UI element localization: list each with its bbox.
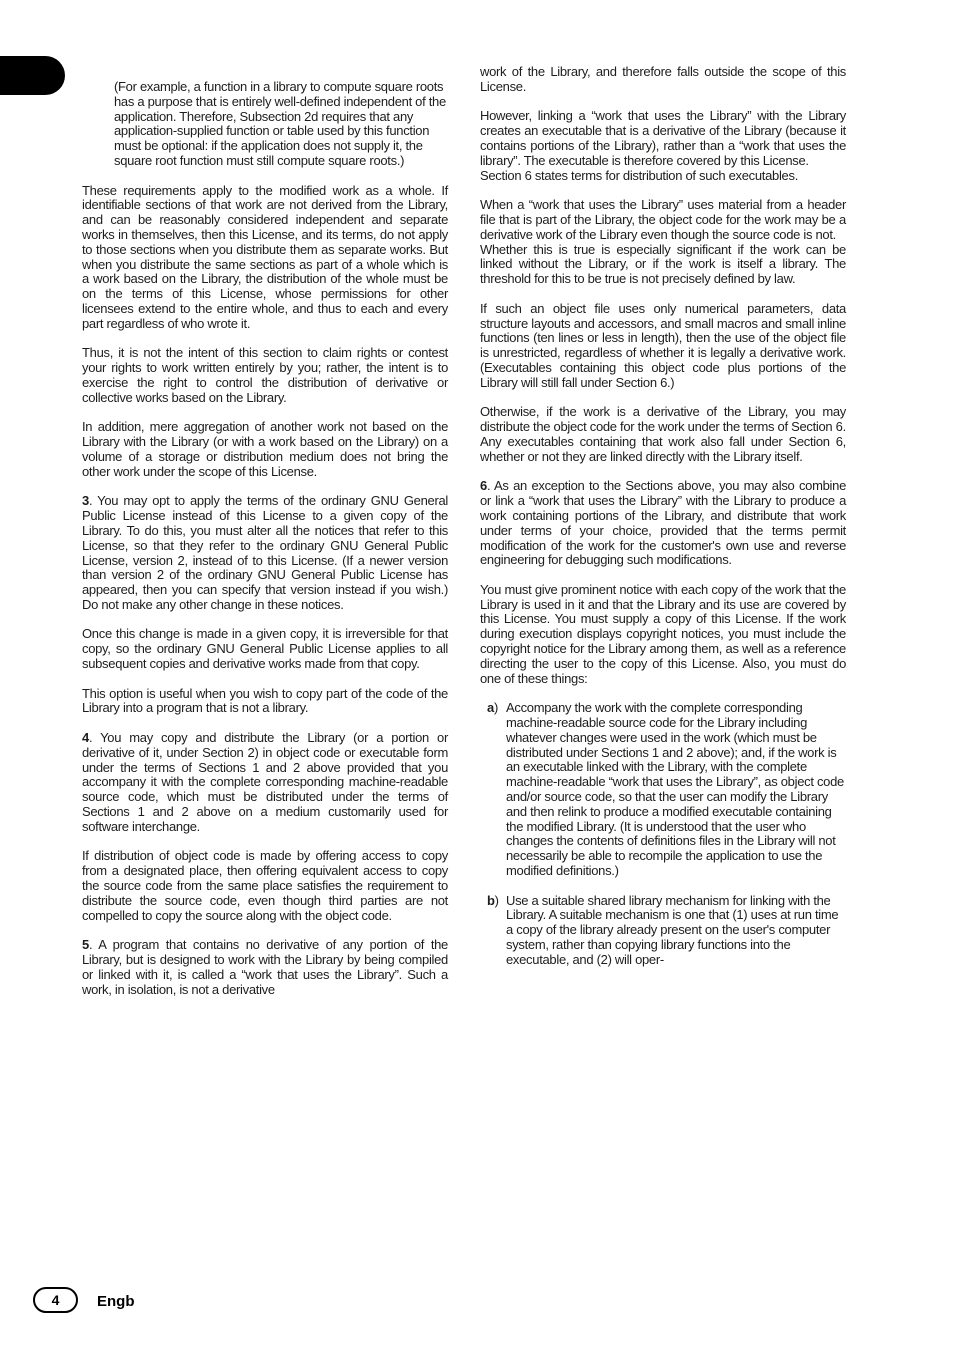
list-item-text: Use a suitable shared library mechanism … <box>506 894 846 968</box>
license-paragraph: If such an object file uses only numeric… <box>480 302 846 391</box>
page-number-badge: 4 <box>33 1287 78 1313</box>
license-paragraph: These requirements apply to the modified… <box>82 184 448 332</box>
license-paragraph-numbered: 6. As an exception to the Sections above… <box>480 479 846 568</box>
list-item: a)Accompany the work with the complete c… <box>480 701 846 879</box>
list-marker-letter: a <box>487 700 494 715</box>
list-marker-paren: ) <box>494 700 498 715</box>
license-paragraph: In addition, mere aggregation of another… <box>82 420 448 479</box>
page-number: 4 <box>52 1292 60 1308</box>
license-paragraph-numbered: 3. You may opt to apply the terms of the… <box>82 494 448 612</box>
section-number: 5 <box>82 937 89 952</box>
license-paragraph: work of the Library, and therefore falls… <box>480 65 846 95</box>
document-page: (For example, a function in a library to… <box>0 0 954 1352</box>
license-paragraph: You must give prominent notice with each… <box>480 583 846 687</box>
license-paragraph: Otherwise, if the work is a derivative o… <box>480 405 846 464</box>
paragraph-text: . As an exception to the Sections above,… <box>480 478 846 567</box>
language-label: Engb <box>97 1293 135 1310</box>
list-marker-letter: b <box>487 893 495 908</box>
list-item: b)Use a suitable shared library mechanis… <box>480 894 846 968</box>
chapter-tab-marker <box>0 56 65 95</box>
section-number: 4 <box>82 730 89 745</box>
license-paragraph-numbered: 5. A program that contains no derivative… <box>82 938 448 997</box>
license-paragraph: Thus, it is not the intent of this secti… <box>82 346 448 405</box>
paragraph-text: . A program that contains no derivative … <box>82 937 448 996</box>
license-paragraph: This option is useful when you wish to c… <box>82 687 448 717</box>
license-paragraph-numbered: 4. You may copy and distribute the Libra… <box>82 731 448 835</box>
license-paragraph: However, linking a “work that uses the L… <box>480 109 846 183</box>
right-column: work of the Library, and therefore falls… <box>480 65 846 982</box>
license-note-paragraph: (For example, a function in a library to… <box>82 80 448 169</box>
section-number: 3 <box>82 493 89 508</box>
license-paragraph: If distribution of object code is made b… <box>82 849 448 923</box>
license-paragraph: Once this change is made in a given copy… <box>82 627 448 671</box>
license-paragraph: When a “work that uses the Library” uses… <box>480 198 846 287</box>
paragraph-text: . You may opt to apply the terms of the … <box>82 493 448 612</box>
section-number: 6 <box>480 478 487 493</box>
list-item-text: Accompany the work with the complete cor… <box>506 701 846 879</box>
paragraph-text: . You may copy and distribute the Librar… <box>82 730 448 834</box>
list-marker: b) <box>480 894 506 968</box>
list-marker-paren: ) <box>495 893 499 908</box>
list-marker: a) <box>480 701 506 879</box>
left-column: (For example, a function in a library to… <box>82 80 448 1012</box>
